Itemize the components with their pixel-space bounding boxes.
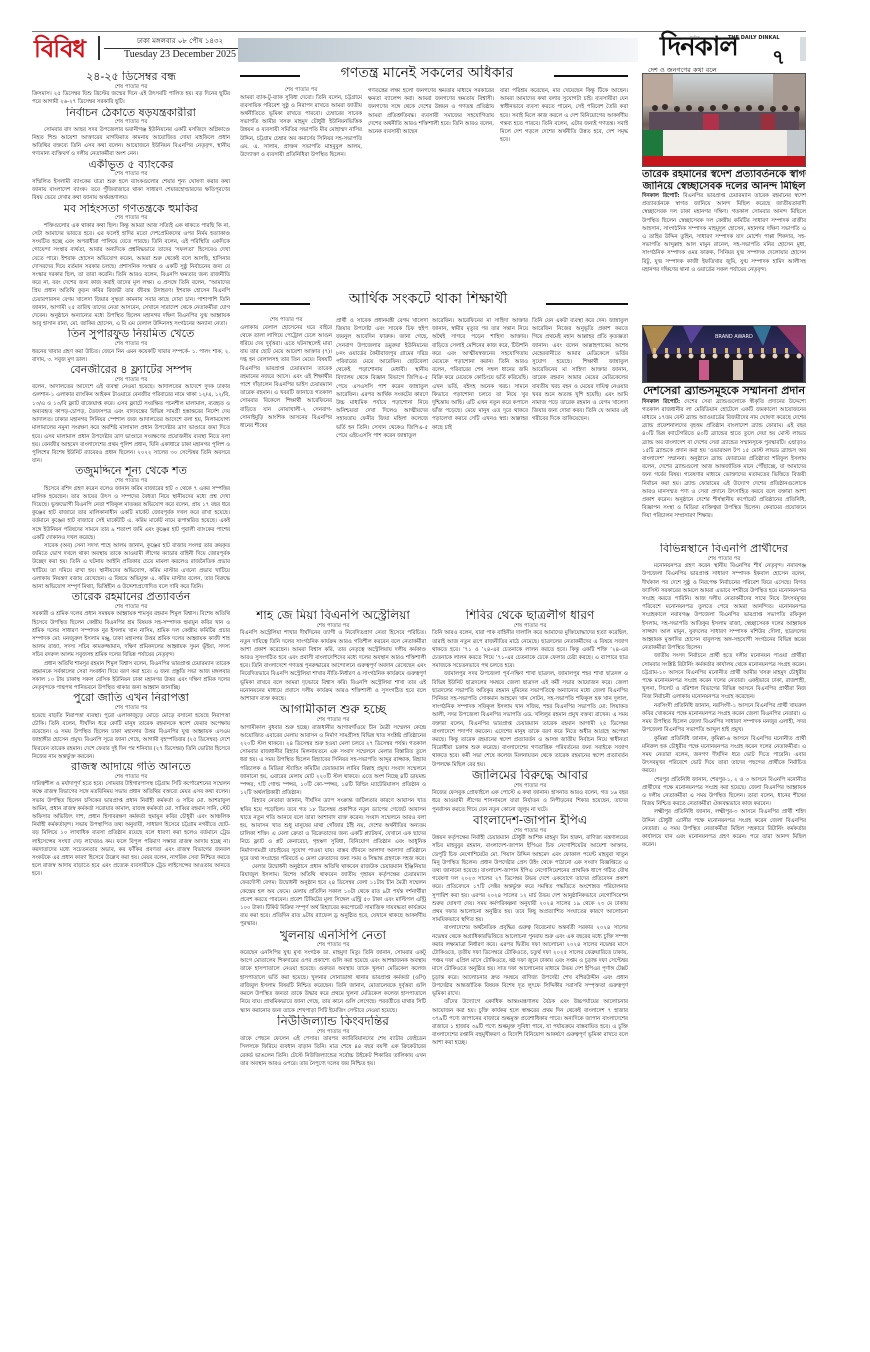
article-body: প্রধান অতিথি শামসুর রহমান শিমুল বিশ্বাস …: [32, 660, 230, 693]
continued-label: শেষ পাতার পর: [240, 1029, 426, 1036]
continued-label: শেষ পাতার পর: [32, 171, 230, 178]
article-body: বাংলাদেশের অর্থনৈতিক প্রবৃদ্ধির গুরুত্ব …: [432, 924, 628, 998]
masthead-edge: [800, 37, 806, 61]
article-body: সাবেক (অব) সেনা সদস্য শাহে আলম জানান, কু…: [32, 542, 230, 591]
continued-label: শেষ পাতার পর: [32, 215, 230, 222]
article: তজুমদ্দিনে শূন্য থেকে শত শেষ পাতার পর হি…: [32, 465, 230, 591]
article-body: এলাকায় বেলাল হোসেনের ঘরে বাইরে থেকে তাল…: [240, 324, 332, 431]
headline: খুলনায় এনসিপি নেতা: [240, 929, 426, 943]
article: তারেক রহমানের প্রত্যাবর্তন শেষ পাতার পর …: [32, 591, 230, 692]
headline: তিন সুপারফুড নিয়মিত খেতে: [32, 328, 230, 341]
article: রাজস্ব আদায়ে গতি আনতে শেষ পাতার পর দায়…: [32, 761, 230, 879]
article: শিবির থেকে ছাত্রলীগ ধারণ শেষ পাতার পর তি…: [432, 609, 628, 769]
article-body: তাঁদের উদ্যোগে একাধিক আন্তঃমন্ত্রণালয় ব…: [432, 998, 628, 1047]
newspaper-page: বিবিধ ঢাকা মঙ্গলবার ০৮ পৌষ ১৪৩২ Tuesday …: [32, 31, 806, 1341]
article-body: সরকারী ও শ্রমিক দলের প্রধান সমন্বয়ক আহ্…: [32, 610, 230, 659]
dateline: দিনকাল রিপোর্ট:: [642, 193, 680, 199]
article-body: শেরপুর প্রতিনিধি জানান, শেরপুর-১, ২ ও ৩ …: [642, 776, 806, 809]
paper-name-english: THE DAILY DINKAL: [728, 35, 780, 41]
center-right-column: শিবির থেকে ছাত্রলীগ ধারণ শেষ পাতার পর তি…: [432, 609, 628, 1339]
article-body: শক্তিগুলোর এক থাকার কথা ছিল। কিন্তু আমরা…: [32, 222, 230, 329]
headline: দেশসেরা ব্র্যান্ডসমূহকে সম্মাননা প্রদান: [642, 385, 806, 398]
article: বেনজীরের ৪ ফ্ল্যাটের সম্পদ শেষ পাতার পর …: [32, 364, 230, 465]
headline: মব সহিংসতা গণতন্ত্রকে হুমকির: [32, 203, 230, 216]
masthead: বিবিধ ঢাকা মঙ্গলবার ০৮ পৌষ ১৪৩২ Tuesday …: [32, 33, 806, 61]
page-number: ৭: [772, 43, 785, 76]
article-body: প্রার্থী ও সাবেক প্রধানমন্ত্রী বেগম খালে…: [336, 317, 428, 440]
article-body: জাতীয় সংসদ নির্বাচনে প্রার্থী হতে দলীয়…: [642, 652, 806, 701]
headline-line-2: জানিয়ে স্বেচ্ছাসেবক দলের আনন্দ মিছিল: [642, 181, 806, 193]
article: শাহ জে মিয়া বিএনপি অস্ট্রেলিয়া শেষ পাত…: [240, 609, 426, 703]
article-body: আরেফিন। আরেফিনের মা সাহিদা আক্তার জানান,…: [432, 317, 528, 432]
article: জালিমের বিরুদ্ধে আবার শেষ পাতার পর নিজের…: [432, 769, 628, 814]
article-body: করেছেন এনসিপির যুগ্ম মুখ্য সংগঠক ডা. মাহ…: [240, 949, 426, 1015]
headline: তারেক রহমানের প্রত্যাবর্তন: [32, 591, 230, 604]
article-body: নরসিংদী প্রতিনিধি জানান, নরসিংদী-১ আসনে …: [642, 702, 806, 735]
student-col-4: তিনি যেন একটা ব্যবস্থা করে দেন। জান্নাতু…: [532, 317, 628, 603]
continued-label: শেষ পাতার পর: [432, 623, 628, 630]
continued-label: শেষ পাতার পর: [432, 828, 628, 835]
brand-article: দেশসেরা ব্র্যান্ডসমূহকে সম্মাননা প্রদান …: [642, 385, 806, 554]
continued-label: শেষ পাতার পর: [240, 317, 332, 324]
headline-rule-left: [240, 303, 310, 305]
article-body: উন্নয়ন কর্তৃপক্ষের নির্বাহী চেয়ারম্যান…: [432, 834, 628, 924]
continued-label: শেষ পাতার পর: [240, 717, 426, 724]
continued-label: শেষ পাতার পর: [32, 478, 230, 485]
headline: নির্বাচন ঠেকাতে ষড়যন্ত্রকারীরা: [32, 107, 230, 120]
article-body: বলেন, আদালতের আদেশে এই ব্যবস্থা নেওয়া হ…: [32, 383, 230, 465]
section-name: বিবিধ: [34, 31, 85, 71]
article-text: বিএনপির ভারপ্রাপ্ত চেয়ারম্যান তারেক রহম…: [642, 193, 806, 273]
continued-label: শেষ পাতার পর: [32, 377, 230, 384]
headline: জালিমের বিরুদ্ধে আবার: [432, 769, 628, 783]
headline-line-1: তারেক রহমানের স্বদেশ প্রত্যাবর্তনকে স্বা…: [642, 169, 806, 181]
headline: তজুমদ্দিনে শূন্য থেকে শত: [32, 465, 230, 478]
article: নির্বাচন ঠেকাতে ষড়যন্ত্রকারীরা শেষ পাতা…: [32, 107, 230, 159]
award-photo: BRAND AWARD: [642, 325, 806, 383]
headline: শাহ জে মিয়া বিএনপি অস্ট্রেলিয়া: [240, 609, 426, 623]
article-body: ধরনের খাবার গ্রহণ করা উচিত। জেনে নিন এমন…: [32, 348, 230, 364]
award-photo-illustration: BRAND AWARD: [643, 326, 806, 383]
masthead-gradient-bar: [238, 38, 638, 62]
article-body: বিএনপি অস্ট্রেলিয়া শাখার দীর্ঘদিনের ত্য…: [240, 629, 426, 703]
article-body: যারা পরিশ্রম করেছেন, মার খেয়েছেন কিন্তু…: [500, 87, 628, 144]
article-body: হয়েছে বাড়তি নিরাপত্তা ব্যবস্থা। পুরো এ…: [32, 712, 230, 761]
article: পুরো জাতি এখন নিরাপত্তা শেষ পাতার পর হয়…: [32, 692, 230, 760]
article-body: মেলার উদ্বোধনী অনুষ্ঠানে প্রধান অতিথি থা…: [240, 863, 426, 929]
article: আগামীকাল শুরু হচ্ছে শেষ পাতার পর আগামীকা…: [240, 703, 426, 928]
paper-label: দৈনিক: [690, 35, 700, 42]
article-body: কুমিল্লা প্রতিনিধি জানান, কুমিল্লা-৬ আসন…: [642, 735, 806, 776]
date-english: Tuesday 23 December 2025: [104, 49, 256, 60]
paper-brand: দিনকাল দৈনিক THE DAILY DINKAL: [660, 33, 790, 61]
democracy-col-1: শেষ পাতার পর আমরা ব্যাক-টু-ব্যাক সুবিধা …: [240, 87, 362, 287]
headline-rule-left: [240, 75, 300, 77]
continued-label: শেষ পাতার পর: [32, 341, 230, 348]
article-body: লক্ষ্মীপুর প্রতিনিধি জানান, লক্ষ্মীপুর-৩…: [642, 808, 806, 849]
continued-label: শেষ পাতার পর: [432, 783, 628, 790]
continued-label: শেষ পাতার পর: [32, 705, 230, 712]
article-body: ক্রিসমাস। ২৫ ডিসেম্বর যিশু খ্রিস্টের জন্…: [32, 90, 230, 106]
article-body: জামালপুর সদর উপজেলা পূর্ব-দক্ষিণ শাখা ছা…: [432, 670, 628, 768]
continued-label: শেষ পাতার পর: [32, 84, 230, 91]
candidates-article: বিভিন্নস্থানে বিএনপি প্রার্থীদের শেষ পাত…: [642, 543, 806, 1339]
continued-label: শেষ পাতার পর: [240, 623, 426, 630]
student-col-3: আরেফিন। আরেফিনের মা সাহিদা আক্তার জানান,…: [432, 317, 528, 603]
headline: বেনজীরের ৪ ফ্ল্যাটের সম্পদ: [32, 364, 230, 377]
article-body: নিজের ফেসবুক প্রোফাইলে এক পোস্টে এ কথা জ…: [432, 789, 628, 814]
democracy-col-3: যারা পরিশ্রম করেছেন, মার খেয়েছেন কিন্তু…: [500, 87, 628, 287]
article: মব সহিংসতা গণতন্ত্রকে হুমকির শেষ পাতার প…: [32, 203, 230, 329]
article-body: তিনি যেন একটা ব্যবস্থা করে দেন। জান্নাতু…: [532, 317, 628, 424]
student-col-1: শেষ পাতার পর এলাকায় বেলাল হোসেনের ঘরে ব…: [240, 317, 332, 603]
article-text: দেশের সেরা ব্র্যান্ডগুলোকে স্বীকৃতি প্রদ…: [642, 399, 806, 520]
article-body: দিনকাল রিপোর্ট: বিএনপির ভারপ্রাপ্ত চেয়া…: [642, 192, 806, 274]
dateline: দিনকাল রিপোর্ট:: [642, 399, 680, 405]
article-body: রিহ্যাব নেতারা জানান, দীর্ঘদিন ড্যাপ সংক…: [240, 797, 426, 863]
continued-label: শেষ পাতার পর: [32, 774, 230, 781]
date-box: ঢাকা মঙ্গলবার ০৮ পৌষ ১৪৩২ Tuesday 23 Dec…: [104, 35, 256, 60]
continued-label: শেষ পাতার পর: [32, 604, 230, 611]
student-col-2: প্রার্থী ও সাবেক প্রধানমন্ত্রী বেগম খালে…: [336, 317, 428, 603]
headline-rule-right: [546, 303, 628, 305]
article-body: মনোনয়নপত্র গ্রহণ করেন স্থানীয় বিএনপির …: [642, 562, 806, 652]
headline: শিবির থেকে ছাত্রলীগ ধারণ: [432, 609, 628, 623]
headline: আর্থিক সংকটে থাকা শিক্ষার্থী: [312, 291, 544, 307]
headline-rule-right: [554, 75, 628, 77]
headline: পুরো জাতি এখন নিরাপত্তা: [32, 692, 230, 705]
continued-label: শেষ পাতার পর: [32, 119, 230, 126]
democracy-headline-wrap: গণতন্ত্র মানেই সকলের অধিকার: [302, 65, 552, 81]
rally-article: তারেক রহমানের স্বদেশ প্রত্যাবর্তনকে স্বা…: [642, 169, 806, 278]
article: ২৪-২৫ ডিসেম্বর বন্ধ শেষ পাতার পর ক্রিসমা…: [32, 71, 230, 107]
article-body: দিনকাল রিপোর্ট: দেশের সেরা ব্র্যান্ডগুলো…: [642, 398, 806, 521]
article: নিউজিল্যান্ড কিংবদন্তির শেষ পাতার পর তাক…: [240, 1015, 426, 1068]
masthead-divider: [98, 36, 100, 60]
article-body: গণতন্ত্রের লক্ষ্য হলো জনগণের ক্ষমতার মাধ…: [368, 87, 494, 136]
headline: একীভূত ৫ ব্যাংকের: [32, 159, 230, 172]
continued-label: শেষ পাতার পর: [240, 87, 362, 94]
center-left-column: শাহ জে মিয়া বিএনপি অস্ট্রেলিয়া শেষ পাত…: [240, 609, 426, 1339]
article-body: আগামীকাল বুধবার শুরু হচ্ছে। রাজধানীর আগা…: [240, 724, 426, 798]
headline: বাংলাদেশ-জাপান ইপিএ: [432, 814, 628, 828]
headline: গণতন্ত্র মানেই সকলের অধিকার: [302, 65, 552, 81]
student-headline-wrap: আর্থিক সংকটে থাকা শিক্ষার্থী: [312, 291, 544, 307]
article-body: হিসেবে রশিদ গ্রহণ করেন বলেও জানান করিম ব…: [32, 485, 230, 542]
article: একীভূত ৫ ব্যাংকের শেষ পাতার পর সম্মিলিত …: [32, 159, 230, 203]
article-body: আমরা ব্যাক-টু-ব্যাক সুবিধা দেবো। তিনি বল…: [240, 94, 362, 160]
rally-photo: [642, 73, 806, 167]
article-body: তিনি আরও বলেন, যারা পাক বাহিনীর দালালি ক…: [432, 629, 628, 670]
rally-photo-illustration: [643, 74, 806, 167]
article-body: দায়িত্বশীল ও মর্যাদাপূর্ণ হতে হবে। সোমব…: [32, 780, 230, 878]
headline: রাজস্ব আদায়ে গতি আনতে: [32, 761, 230, 774]
article: বাংলাদেশ-জাপান ইপিএ শেষ পাতার পর উন্নয়ন…: [432, 814, 628, 1048]
left-column: ২৪-২৫ ডিসেম্বর বন্ধ শেষ পাতার পর ক্রিসমা…: [32, 71, 230, 1339]
headline: বিভিন্নস্থানে বিএনপি প্রার্থীদের: [642, 543, 806, 556]
article: খুলনায় এনসিপি নেতা শেষ পাতার পর করেছেন …: [240, 929, 426, 1015]
date-bangla: ঢাকা মঙ্গলবার ০৮ পৌষ ১৪৩২: [104, 35, 256, 49]
article-body: সোমবার বাদ আছর সদর উপজেলার ভবানীগঞ্জ ইউন…: [32, 126, 230, 159]
continued-label: শেষ পাতার পর: [240, 942, 426, 949]
headline: ২৪-২৫ ডিসেম্বর বন্ধ: [32, 71, 230, 84]
headline: আগামীকাল শুরু হচ্ছে: [240, 703, 426, 717]
article: তিন সুপারফুড নিয়মিত খেতে শেষ পাতার পর ধ…: [32, 328, 230, 364]
article-body: সম্মিলিত ইসলামী ব্যাংকের যাত্রা শুরু হলে…: [32, 178, 230, 203]
continued-label: শেষ পাতার পর: [642, 556, 806, 563]
headline: নিউজিল্যান্ড কিংবদন্তির: [240, 1015, 426, 1029]
democracy-col-2: গণতন্ত্রের লক্ষ্য হলো জনগণের ক্ষমতার মাধ…: [368, 87, 494, 287]
article-body: তাকে পেছনে ফেলেন এই পেসার। তারপর ক্যারিব…: [240, 1035, 426, 1068]
stage-text: BRAND AWARD: [715, 334, 753, 340]
